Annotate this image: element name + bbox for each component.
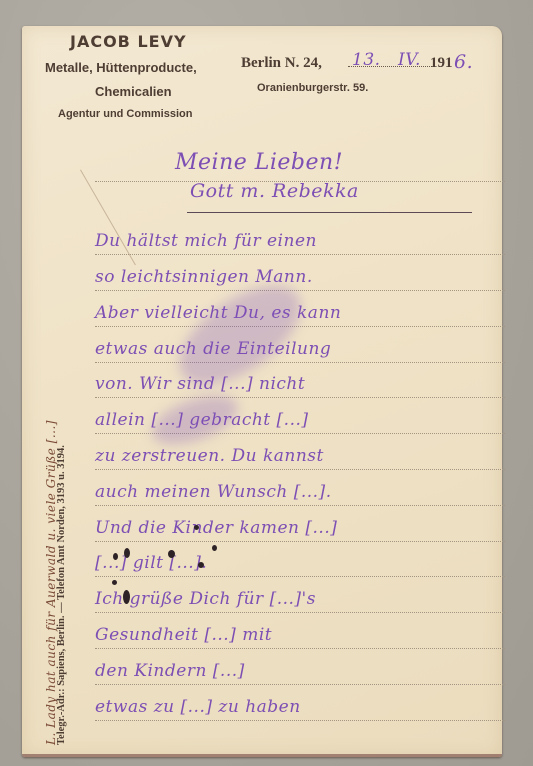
ruled-line (95, 576, 505, 577)
ruled-line (95, 541, 505, 542)
ruled-line (95, 290, 505, 291)
subject-underline (187, 212, 472, 213)
ink-blot (113, 553, 118, 560)
letter-line: Du hältst mich für einen (95, 231, 317, 251)
side-handwritten-note: L. Lady hat auch für Auerwald u. viele G… (44, 420, 58, 745)
ruled-line (95, 326, 505, 327)
letterhead-street: Oranienburgerstr. 59. (257, 82, 368, 94)
ruled-line (95, 684, 505, 685)
ink-blot (212, 545, 217, 551)
letterhead-line-products: Metalle, Hüttenproducte, (45, 60, 197, 75)
letter-subject: Gott m. Rebekka (190, 180, 359, 202)
ink-blot (124, 548, 130, 558)
ruled-line (95, 469, 505, 470)
firm-name: JACOB LEVY (70, 32, 187, 51)
letter-line: auch meinen Wunsch [...]. (95, 482, 332, 502)
ink-blot (194, 525, 199, 530)
ruled-line (95, 648, 505, 649)
handwritten-date-month: IV. (398, 50, 421, 70)
letter-greeting: Meine Lieben! (175, 150, 343, 175)
ink-blot (112, 580, 117, 585)
ruled-line (95, 362, 505, 363)
ruled-line (95, 720, 505, 721)
letterhead-line-agency: Agentur und Commission (58, 108, 192, 120)
letterhead-line-chemicals: Chemicalien (95, 84, 172, 99)
letter-line: Gesundheit [...] mit (95, 625, 272, 645)
letterhead-place: Berlin N. 24, (241, 55, 322, 72)
ink-blot (123, 590, 130, 604)
ink-blot (198, 562, 204, 568)
letter-line: den Kindern [...] (95, 661, 245, 681)
ruled-line (95, 612, 505, 613)
handwritten-date-year-digit: 6. (454, 51, 473, 73)
ink-blot (168, 550, 175, 558)
letter-line: [...] gilt [...]. (95, 553, 207, 573)
ruled-line (95, 254, 505, 255)
letter-line: etwas zu [...] zu haben (95, 697, 301, 717)
handwritten-date-day: 13. (352, 50, 381, 70)
ruled-line (95, 505, 505, 506)
letter-line: Und die Kinder kamen [...] (95, 518, 337, 538)
letterhead-year-prefix: 191 (430, 55, 453, 72)
letter-line: zu zerstreuen. Du kannst (95, 446, 324, 466)
ruled-line (95, 397, 505, 398)
letter-line: so leichtsinnigen Mann. (95, 267, 313, 287)
